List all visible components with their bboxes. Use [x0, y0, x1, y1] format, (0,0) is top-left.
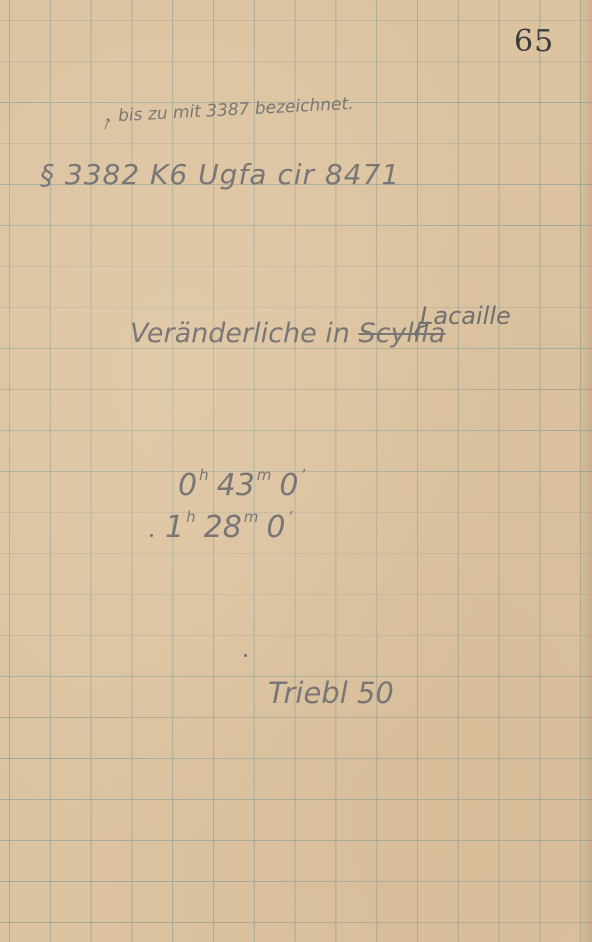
page-edge-shadow: [578, 0, 592, 942]
variable-stars-line: Veränderliche in Scyllla: [130, 318, 445, 349]
inserted-word: Lacaille: [420, 302, 511, 330]
catalog-reference-line: § 3382 K6 Ugfa cir 8471: [40, 158, 400, 191]
line2-prefix: Veränderliche in: [130, 318, 358, 349]
hours: 1: [165, 510, 184, 545]
closing-line: Triebl 50: [268, 676, 394, 710]
hours-unit: h: [199, 466, 209, 484]
seconds: 0: [279, 468, 298, 503]
hours: 0: [178, 468, 197, 503]
note-above-line: bis zu mit 3387 bezeichnet.: [118, 94, 354, 126]
pencil-dot: [244, 654, 247, 657]
pencil-dot: [150, 534, 153, 537]
minutes-unit: m: [244, 508, 259, 526]
notebook-page: 65 ↑ bis zu mit 3387 bezeichnet. § 3382 …: [0, 0, 592, 942]
insert-arrow-icon: ↑: [98, 111, 115, 136]
minutes: 28: [204, 510, 242, 545]
seconds: 0: [266, 510, 285, 545]
time-entry-2: 1h28m0’: [165, 510, 300, 545]
time-entry-1: 0h43m0’: [178, 468, 313, 503]
minutes: 43: [217, 468, 255, 503]
hours-unit: h: [186, 508, 196, 526]
minutes-unit: m: [257, 466, 272, 484]
page-number: 65: [514, 24, 554, 59]
